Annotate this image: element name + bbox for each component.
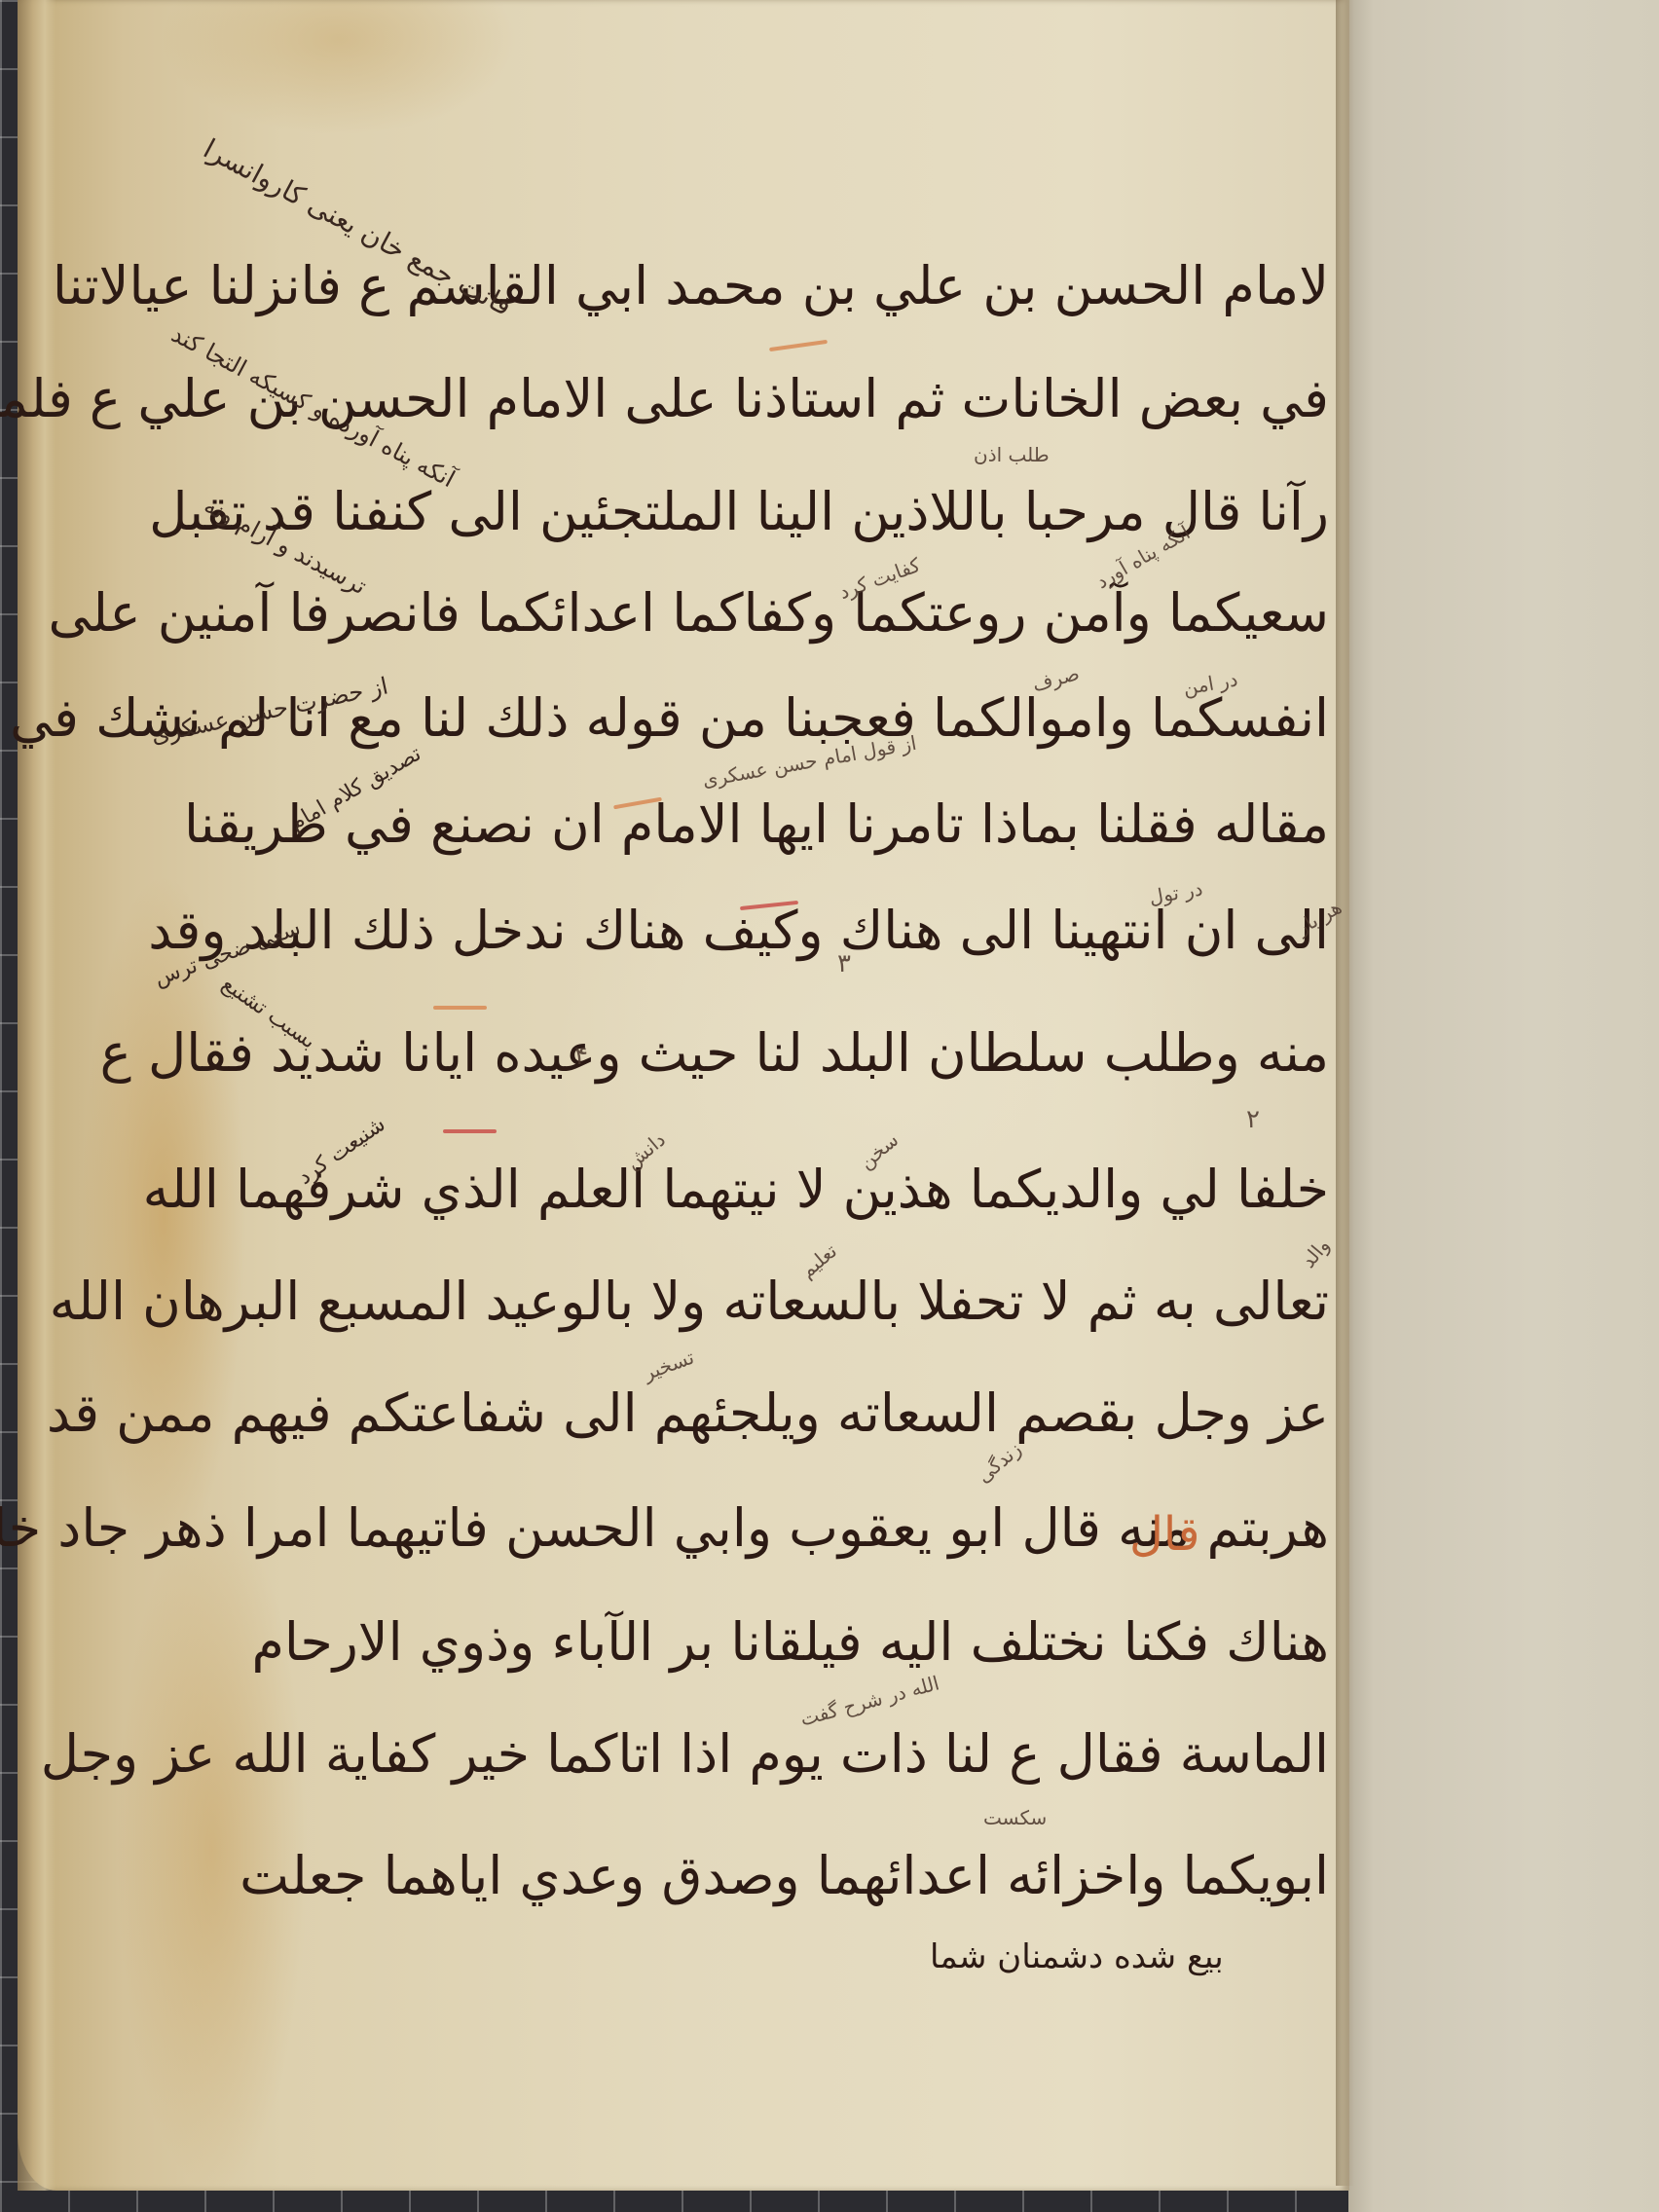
facing-page [1348,0,1659,2212]
rubric-word: قال [1129,1507,1199,1562]
text-line: الماسة فقال ع لنا ذات يوم اذا اتاكما خير… [41,1723,1329,1785]
binding-gutter [1336,0,1353,2186]
folio-mark: ۳ [837,949,851,978]
interlinear-gloss: سکست [983,1806,1047,1829]
text-line: في بعض الخانات ثم استاذنا على الامام الح… [0,368,1329,429]
text-line: هناك فكنا نختلف اليه فيلقانا بر الآباء و… [251,1611,1329,1673]
text-line: ابويكما واخزائه اعدائهما وصدق وعدي اياهم… [240,1845,1329,1906]
text-line: عز وجل بقصم السعاته ويلجئهم الى شفاعتكم … [47,1382,1329,1444]
text-line: تعالى به ثم لا تحفلا بالسعاته ولا بالوعي… [50,1271,1329,1332]
closing-note: بيع شده دشمنان شما [930,1937,1224,1976]
main-text-block: لامام الحسن بن علي بن محمد ابي القاسم ع … [409,0,1329,2045]
page-edge-wear [18,0,56,2191]
interlinear-gloss: طلب اذن [974,443,1050,466]
text-line: رآنا قال مرحبا باللاذين الينا الملتجئين … [149,481,1329,542]
text-line: سعيكما وآمن روعتكما وكفاكما اعدائكما فان… [49,582,1329,644]
text-line: لامام الحسن بن علي بن محمد ابي القاسم ع … [53,255,1329,316]
folio-mark: ۴ [574,1042,588,1071]
folio-mark: ۲ [1246,1105,1260,1134]
